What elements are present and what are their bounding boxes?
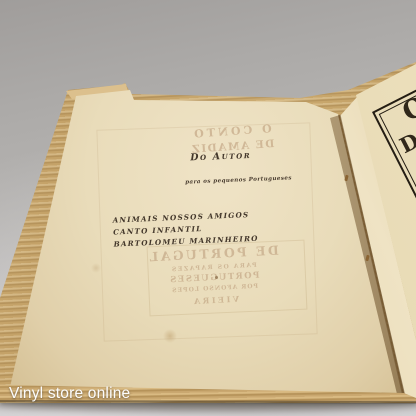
works-list: ANIMAIS NOSSOS AMIGOS CANTO INFANTIL BAR…	[112, 209, 258, 251]
left-page-text: Do Autor para os pequenos Portugueses AN…	[90, 138, 315, 267]
page-dedication: para os pequenos Portugueses	[185, 175, 292, 185]
watermark: Vinyl store online	[9, 385, 130, 403]
page-heading: Do Autor	[190, 150, 251, 163]
photo-scene: O CONTO DE AMADIZ DE PORTUGAL PARA OS RA…	[0, 0, 416, 416]
